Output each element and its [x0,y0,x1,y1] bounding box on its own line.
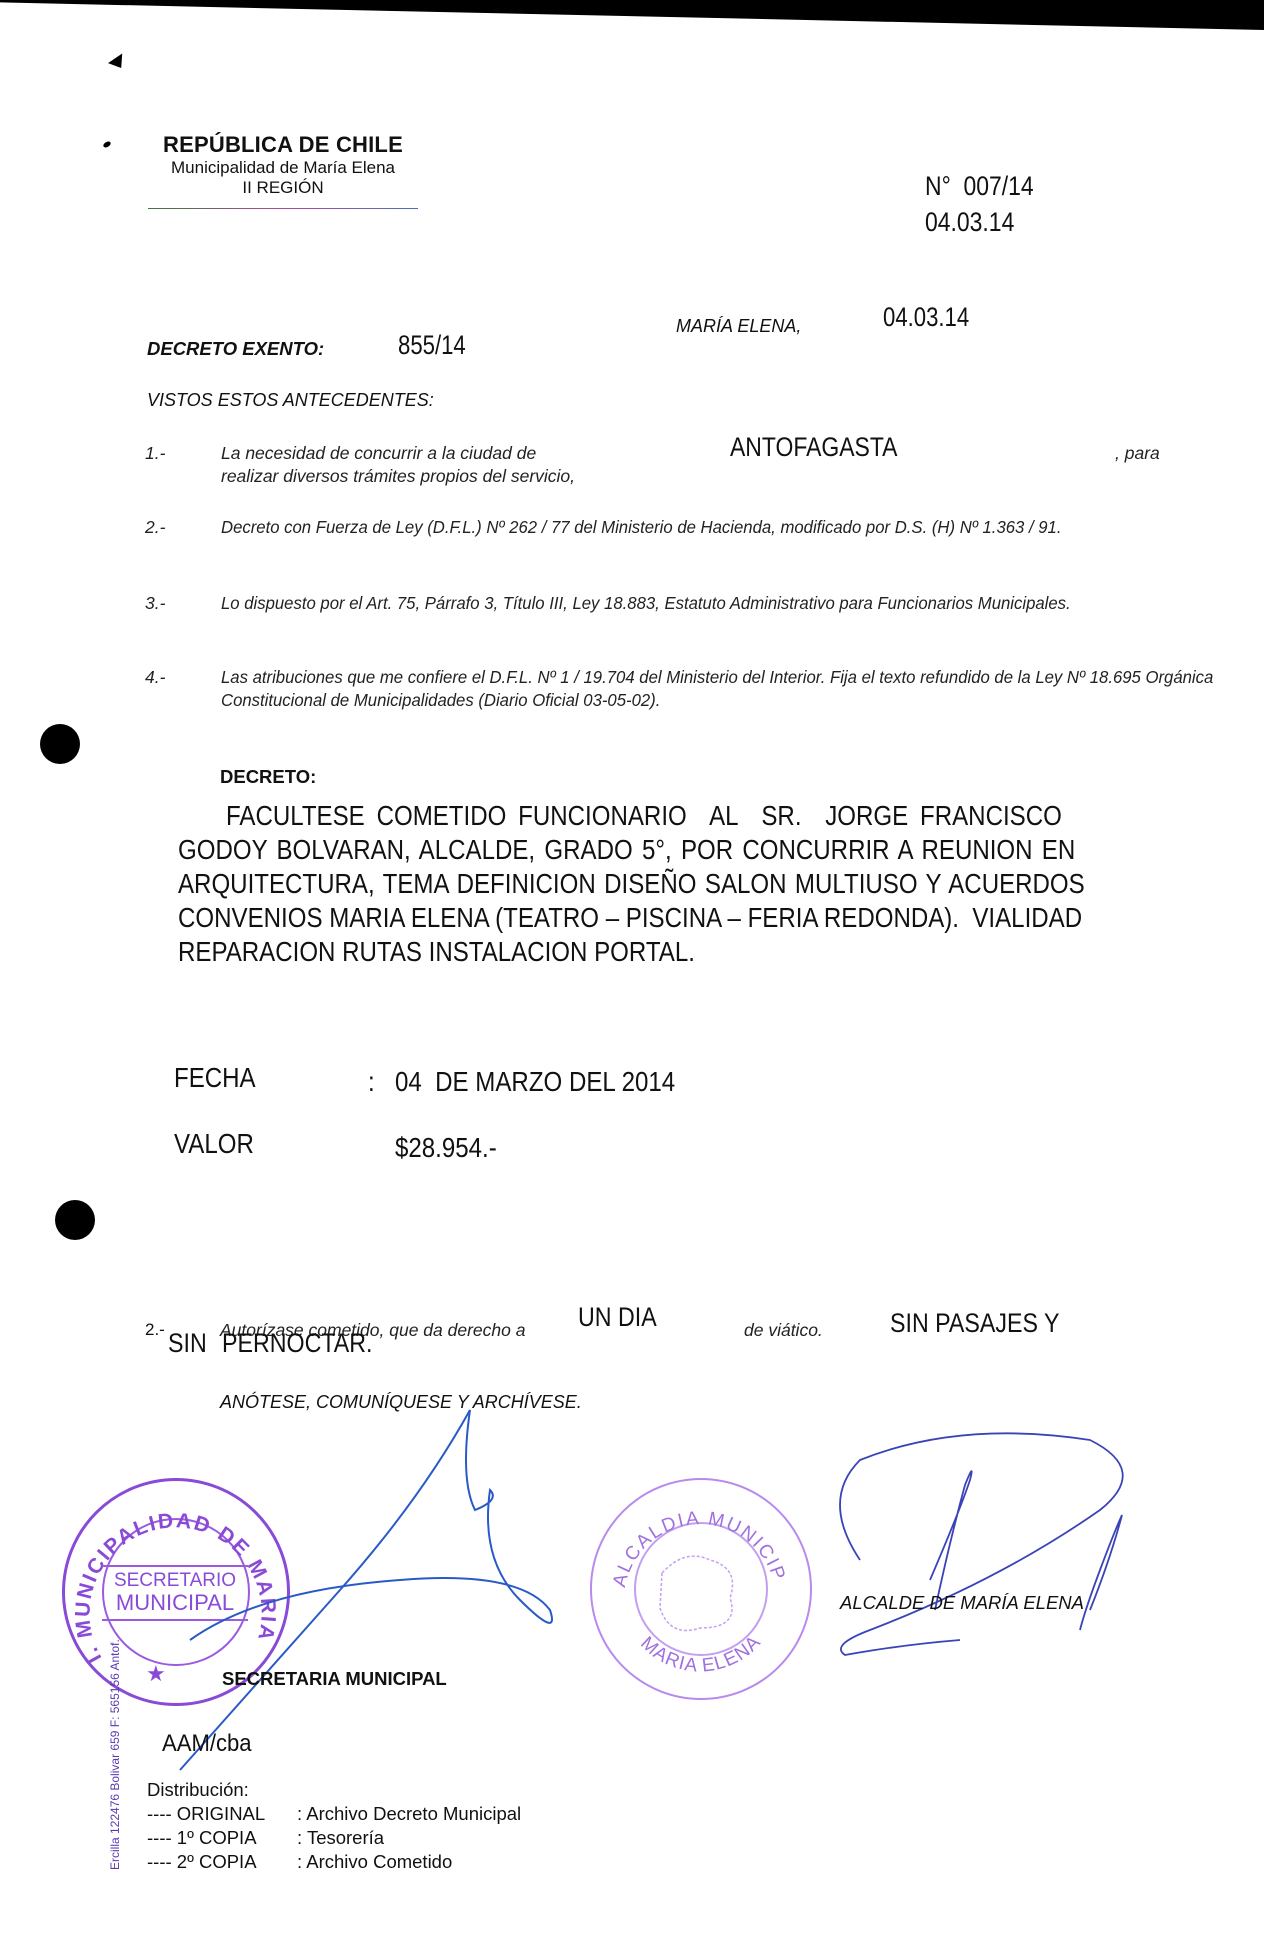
item-text: Lo dispuesto por el Art. 75, Párrafo 3, … [221,592,1224,615]
svg-text:★: ★ [146,1661,166,1686]
item-number: 4.- [145,666,165,689]
item-number: 1.- [145,442,165,465]
country-title: REPÚBLICA DE CHILE [148,132,418,158]
scan-mark [102,140,111,148]
point2-extra2: PERNOCTAR. [222,1328,373,1359]
distribution-label: ---- ORIGINAL [147,1802,297,1826]
letterhead: REPÚBLICA DE CHILE Municipalidad de Marí… [148,132,418,198]
decree-place: MARÍA ELENA, [676,316,801,337]
decree-label: DECRETO EXENTO: [147,338,324,360]
point2-days: UN DIA [578,1302,657,1333]
distribution-label: ---- 2º COPIA [147,1850,297,1874]
distribution-value: : Archivo Decreto Municipal [297,1802,521,1826]
svg-text:MARIA ELENA: MARIA ELENA [636,1631,765,1676]
scan-edge [0,0,1264,30]
vistos-item-1: 1.- La necesidad de concurrir a la ciuda… [145,442,1175,492]
punch-hole [55,1200,95,1240]
vistos-heading: VISTOS ESTOS ANTECEDENTES: [147,390,434,411]
decreto-line: REPARACION RUTAS INSTALACION PORTAL. [178,936,1085,970]
side-print: Ercilla 122476 Bolivar 659 F: 565156 Ant… [108,1639,122,1870]
item-number: 2.- [145,516,165,539]
point2-extra1: SIN PASAJES Y [890,1308,1060,1339]
decreto-body: FACULTESE COMETIDO FUNCIONARIO AL SR. JO… [178,800,1232,970]
stamp-ring-text: ALCALDIA MUNICIPAL MARIA ELENA [590,1478,814,1702]
stamp-center-line1: SECRETARIO [110,1570,240,1592]
item-number: 3.- [145,592,165,615]
mayor-title: ALCALDE DE MARÍA ELENA [840,1592,1084,1614]
closing-formula: ANÓTESE, COMUNÍQUESE Y ARCHÍVESE. [220,1392,582,1413]
municipality-name: Municipalidad de María Elena [148,158,418,178]
distribution-value: : Archivo Cometido [297,1850,452,1874]
decreto-line: CONVENIOS MARIA ELENA (TEATRO – PISCINA … [178,902,1085,936]
reference-block: N° 007/14 04.03.14 [925,168,1034,240]
distribution-row: ---- ORIGINAL: Archivo Decreto Municipal [147,1802,521,1826]
initials: AAM/cba [162,1730,252,1758]
point2-sin: SIN [168,1328,207,1359]
fecha-separator: : [368,1066,375,1098]
decree-number: 855/14 [398,330,466,361]
distribution-row: ---- 1º COPIA: Tesorería [147,1826,521,1850]
svg-text:ALCALDIA MUNICIPAL: ALCALDIA MUNICIPAL [590,1478,789,1589]
valor-label: VALOR [174,1128,254,1160]
scan-mark [108,50,126,68]
item-text-end: , para [1115,442,1160,465]
secretary-title: SECRETARIA MUNICIPAL [222,1668,447,1690]
decreto-line: FACULTESE COMETIDO FUNCIONARIO AL SR. JO… [226,800,1091,834]
item-text: La necesidad de concurrir a la ciudad de [221,442,536,465]
distribution-row: ---- 2º COPIA: Archivo Cometido [147,1850,521,1874]
stamp-center-line2: MUNICIPAL [106,1590,244,1616]
distribution: Distribución: ---- ORIGINAL: Archivo Dec… [147,1778,521,1874]
distribution-value: : Tesorería [297,1826,384,1850]
region-name: II REGIÓN [148,178,418,198]
fecha-value: 04 DE MARZO DEL 2014 [395,1066,675,1098]
reference-number: N° 007/14 [925,168,1034,204]
item-text: Las atribuciones que me confiere el D.F.… [221,666,1233,712]
item-text: Decreto con Fuerza de Ley (D.F.L.) Nº 26… [221,516,1224,539]
coat-of-arms [660,1556,733,1630]
fecha-label: FECHA [174,1062,256,1094]
punch-hole [40,724,80,764]
distribution-label: ---- 1º COPIA [147,1826,297,1850]
distribution-heading: Distribución: [147,1778,521,1802]
point2-viatico: de viático. [744,1320,823,1341]
alcaldia-stamp: ALCALDIA MUNICIPAL MARIA ELENA [590,1478,814,1702]
point2-number: 2.- [145,1320,165,1340]
decreto-line: ARQUITECTURA, TEMA DEFINICION DISEÑO SAL… [178,868,1085,902]
valor-value: $28.954.- [395,1132,497,1164]
item-city: ANTOFAGASTA [730,436,897,459]
decreto-heading: DECRETO: [220,766,316,788]
decreto-line: GODOY BOLVARAN, ALCALDE, GRADO 5°, POR C… [178,834,1085,868]
reference-date: 04.03.14 [925,204,1034,240]
decree-date: 04.03.14 [883,302,969,333]
header-rule [148,208,418,209]
item-text-line2: realizar diversos trámites propios del s… [221,465,575,488]
